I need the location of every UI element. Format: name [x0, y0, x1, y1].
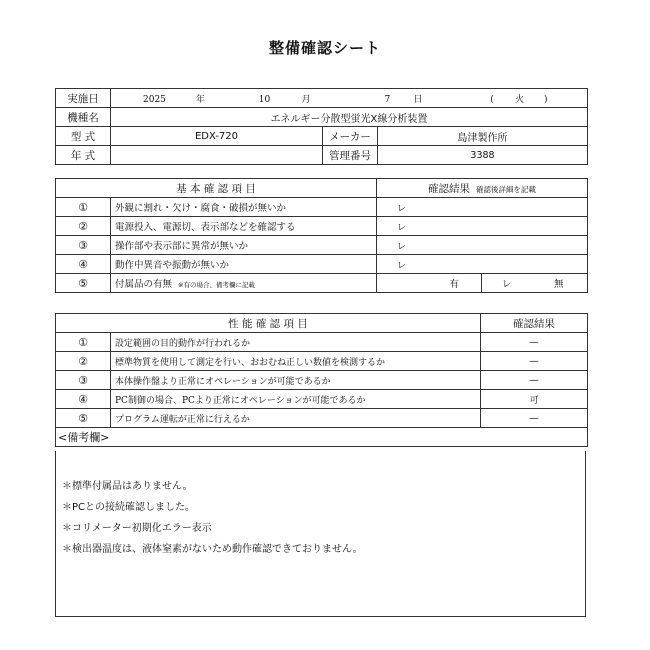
basic-check-row: ④ 動作中異音や振動が無いか レ — [56, 255, 588, 274]
mgmt-no-label: 管理番号 — [323, 146, 378, 165]
type-row: 型 式 EDX-720 メーカー 島津製作所 — [56, 127, 588, 146]
performance-result-header: 確認結果 — [481, 314, 588, 333]
item-text: 動作中異音や振動が無いか — [111, 255, 377, 274]
remarks-label-row: <備考欄> — [56, 428, 588, 447]
remark-line: ＊検出器温度は、液体窒素がないため動作確認できておりません。 — [62, 540, 363, 555]
remark-line: ＊PCとの接続確認しました。 — [62, 498, 195, 513]
basic-check-row-accessories: ⑤ 付属品の有無※有の場合、備考欄に記載 有 レ無 — [56, 274, 588, 293]
accessories-no-cell: レ無 — [482, 274, 588, 293]
item-result: — — [481, 371, 588, 390]
date-day: 7 — [385, 95, 411, 105]
weekday: 火 — [515, 92, 541, 105]
performance-check-row: ② 標準物質を使用して測定を行い、おおむね正しい数値を検測するか — — [56, 352, 588, 371]
basic-check-header-row: 基 本 確 認 項 目 確認結果確認後詳細を記載 — [56, 179, 588, 198]
weekday-close: ) — [544, 95, 548, 105]
item-number: ⑤ — [56, 409, 111, 428]
maker-value: 島津製作所 — [378, 127, 588, 146]
item-text: 設定範囲の目的動作が行われるか — [111, 333, 481, 352]
item-result: レ — [377, 255, 588, 274]
type-value: EDX-720 — [111, 127, 323, 146]
date-month: 10 — [259, 95, 299, 105]
performance-check-row: ⑤ プログラム運転が正常に行えるか — — [56, 409, 588, 428]
date-row: 実施日 2025 年 10 月 7 日 ( 火 ) — [56, 89, 588, 108]
type-label: 型 式 — [56, 127, 111, 146]
item-result: レ — [377, 236, 588, 255]
performance-check-row: ① 設定範囲の目的動作が行われるか — — [56, 333, 588, 352]
accessories-yes: 有 — [377, 274, 482, 293]
item-result: — — [481, 333, 588, 352]
date-day-unit: 日 — [413, 92, 487, 105]
item-number: ③ — [56, 371, 111, 390]
item-result: レ — [377, 217, 588, 236]
model-name-value: エネルギー分散型蛍光X線分析装置 — [111, 108, 588, 127]
date-label: 実施日 — [56, 89, 111, 108]
item-number: ② — [56, 217, 111, 236]
basic-check-row: ③ 操作部や表示部に異常が無いか レ — [56, 236, 588, 255]
item-number: ① — [56, 333, 111, 352]
item-number: ④ — [56, 390, 111, 409]
basic-check-table: 基 本 確 認 項 目 確認結果確認後詳細を記載 ① 外観に割れ・欠け・腐食・破… — [55, 178, 588, 293]
item-text: 外観に割れ・欠け・腐食・破損が無いか — [111, 198, 377, 217]
basic-result-header: 確認結果確認後詳細を記載 — [377, 179, 588, 198]
model-name-label: 機種名 — [56, 108, 111, 127]
item-number: ② — [56, 352, 111, 371]
basic-result-header-label: 確認結果 — [428, 183, 470, 195]
item-text: 操作部や表示部に異常が無いか — [111, 236, 377, 255]
maker-label: メーカー — [323, 127, 378, 146]
model-name-row: 機種名 エネルギー分散型蛍光X線分析装置 — [56, 108, 588, 127]
basic-result-header-note: 確認後詳細を記載 — [476, 185, 536, 194]
basic-check-header: 基 本 確 認 項 目 — [56, 179, 377, 198]
basic-check-row: ② 電源投入、電源切、表示部などを確認する レ — [56, 217, 588, 236]
basic-check-row: ① 外観に割れ・欠け・腐食・破損が無いか レ — [56, 198, 588, 217]
date-year: 2025 — [143, 95, 173, 105]
item-number: ⑤ — [56, 274, 111, 293]
year-value — [111, 146, 323, 165]
weekday-open: ( — [490, 95, 512, 105]
performance-header-row: 性 能 確 認 項 目 確認結果 — [56, 314, 588, 333]
accessories-label: 付属品の有無 — [115, 279, 172, 290]
item-text: 付属品の有無※有の場合、備考欄に記載 — [111, 274, 377, 293]
remark-line: ＊コリメーター初期化エラー表示 — [62, 519, 212, 534]
accessories-note: ※有の場合、備考欄に記載 — [178, 281, 255, 289]
item-text: 本体操作盤より正常にオペレーションが可能であるか — [111, 371, 481, 390]
date-month-unit: 月 — [302, 92, 382, 105]
year-label: 年 式 — [56, 146, 111, 165]
item-number: ① — [56, 198, 111, 217]
item-number: ④ — [56, 255, 111, 274]
performance-check-table: 性 能 確 認 項 目 確認結果 ① 設定範囲の目的動作が行われるか — ② 標… — [55, 313, 588, 447]
item-result: — — [481, 409, 588, 428]
accessories-check: レ — [486, 276, 554, 290]
date-year-unit: 年 — [196, 92, 256, 105]
item-text: 標準物質を使用して測定を行い、おおむね正しい数値を検測するか — [111, 352, 481, 371]
performance-check-header: 性 能 確 認 項 目 — [56, 314, 481, 333]
remark-line: ＊標準付属品はありません。 — [62, 477, 193, 492]
mgmt-no-value: 3388 — [378, 146, 588, 165]
item-number: ③ — [56, 236, 111, 255]
item-text: PC制御の場合、PCより正常にオペレーションが可能であるか — [111, 390, 481, 409]
page-title: 整備確認シート — [0, 37, 650, 58]
remarks-label: <備考欄> — [56, 428, 588, 447]
item-text: 電源投入、電源切、表示部などを確認する — [111, 217, 377, 236]
date-value: 2025 年 10 月 7 日 ( 火 ) — [111, 89, 588, 108]
header-info-table: 実施日 2025 年 10 月 7 日 ( 火 ) 機種名 エネルギー分散型蛍光… — [55, 88, 588, 165]
year-row: 年 式 管理番号 3388 — [56, 146, 588, 165]
accessories-no: 無 — [554, 279, 564, 290]
item-result: 可 — [481, 390, 588, 409]
performance-check-row: ④ PC制御の場合、PCより正常にオペレーションが可能であるか 可 — [56, 390, 588, 409]
item-result: レ — [377, 198, 588, 217]
item-result: — — [481, 352, 588, 371]
item-text: プログラム運転が正常に行えるか — [111, 409, 481, 428]
performance-check-row: ③ 本体操作盤より正常にオペレーションが可能であるか — — [56, 371, 588, 390]
remarks-box: ＊標準付属品はありません。 ＊PCとの接続確認しました。 ＊コリメーター初期化エ… — [55, 451, 586, 617]
